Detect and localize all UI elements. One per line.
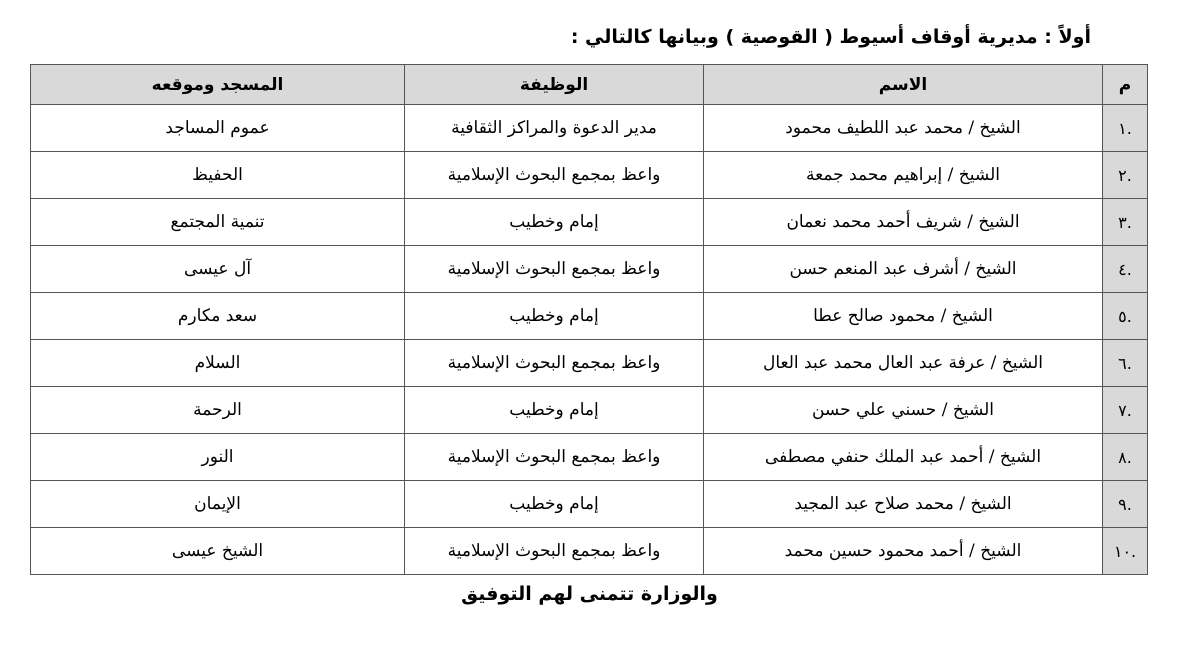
row-name: الشيخ / أحمد عبد الملك حنفي مصطفى xyxy=(704,434,1103,481)
row-mosque: تنمية المجتمع xyxy=(31,199,405,246)
row-mosque: آل عيسى xyxy=(31,246,405,293)
row-index: .٤ xyxy=(1103,246,1148,293)
row-mosque: الإيمان xyxy=(31,481,405,528)
table-row: .٩ الشيخ / محمد صلاح عبد المجيد إمام وخط… xyxy=(31,481,1148,528)
row-index: .١٠ xyxy=(1103,528,1148,575)
row-mosque: سعد مكارم xyxy=(31,293,405,340)
header-name: الاسم xyxy=(704,65,1103,105)
row-mosque: الشيخ عيسى xyxy=(31,528,405,575)
header-index: م xyxy=(1103,65,1148,105)
row-job: إمام وخطيب xyxy=(405,387,704,434)
row-job: إمام وخطيب xyxy=(405,199,704,246)
row-job: مدير الدعوة والمراكز الثقافية xyxy=(405,105,704,152)
row-index: .٨ xyxy=(1103,434,1148,481)
table-row: .٥ الشيخ / محمود صالح عطا إمام وخطيب سعد… xyxy=(31,293,1148,340)
row-index: .٣ xyxy=(1103,199,1148,246)
row-job: واعظ بمجمع البحوث الإسلامية xyxy=(405,246,704,293)
table-row: .٢ الشيخ / إبراهيم محمد جمعة واعظ بمجمع … xyxy=(31,152,1148,199)
row-mosque: الحفيظ xyxy=(31,152,405,199)
header-job: الوظيفة xyxy=(405,65,704,105)
row-index: .٥ xyxy=(1103,293,1148,340)
closing-note: والوزارة تتمنى لهم التوفيق xyxy=(0,583,1179,605)
row-name: الشيخ / محمد عبد اللطيف محمود xyxy=(704,105,1103,152)
row-mosque: عموم المساجد xyxy=(31,105,405,152)
row-index: .١ xyxy=(1103,105,1148,152)
table-row: .٨ الشيخ / أحمد عبد الملك حنفي مصطفى واع… xyxy=(31,434,1148,481)
row-mosque: الرحمة xyxy=(31,387,405,434)
table-row: .١ الشيخ / محمد عبد اللطيف محمود مدير ال… xyxy=(31,105,1148,152)
row-job: إمام وخطيب xyxy=(405,481,704,528)
row-index: .٦ xyxy=(1103,340,1148,387)
table-row: .٤ الشيخ / أشرف عبد المنعم حسن واعظ بمجم… xyxy=(31,246,1148,293)
table-row: .٦ الشيخ / عرفة عبد العال محمد عبد العال… xyxy=(31,340,1148,387)
row-index: .٢ xyxy=(1103,152,1148,199)
row-name: الشيخ / عرفة عبد العال محمد عبد العال xyxy=(704,340,1103,387)
row-name: الشيخ / إبراهيم محمد جمعة xyxy=(704,152,1103,199)
row-job: واعظ بمجمع البحوث الإسلامية xyxy=(405,152,704,199)
staff-table: م الاسم الوظيفة المسجد وموقعه .١ الشيخ /… xyxy=(30,64,1148,575)
row-mosque: السلام xyxy=(31,340,405,387)
row-index: .٩ xyxy=(1103,481,1148,528)
row-name: الشيخ / حسني علي حسن xyxy=(704,387,1103,434)
table-row: .٣ الشيخ / شريف أحمد محمد نعمان إمام وخط… xyxy=(31,199,1148,246)
row-name: الشيخ / محمد صلاح عبد المجيد xyxy=(704,481,1103,528)
row-mosque: النور xyxy=(31,434,405,481)
row-name: الشيخ / أشرف عبد المنعم حسن xyxy=(704,246,1103,293)
table-row: .١٠ الشيخ / أحمد محمود حسين محمد واعظ بم… xyxy=(31,528,1148,575)
table-header-row: م الاسم الوظيفة المسجد وموقعه xyxy=(31,65,1148,105)
table-row: .٧ الشيخ / حسني علي حسن إمام وخطيب الرحم… xyxy=(31,387,1148,434)
row-index: .٧ xyxy=(1103,387,1148,434)
row-name: الشيخ / أحمد محمود حسين محمد xyxy=(704,528,1103,575)
row-name: الشيخ / شريف أحمد محمد نعمان xyxy=(704,199,1103,246)
row-job: واعظ بمجمع البحوث الإسلامية xyxy=(405,528,704,575)
row-job: إمام وخطيب xyxy=(405,293,704,340)
row-job: واعظ بمجمع البحوث الإسلامية xyxy=(405,340,704,387)
row-job: واعظ بمجمع البحوث الإسلامية xyxy=(405,434,704,481)
row-name: الشيخ / محمود صالح عطا xyxy=(704,293,1103,340)
section-heading: أولاً : مديرية أوقاف أسيوط ( القوصية ) و… xyxy=(571,26,1091,48)
header-mosque: المسجد وموقعه xyxy=(31,65,405,105)
